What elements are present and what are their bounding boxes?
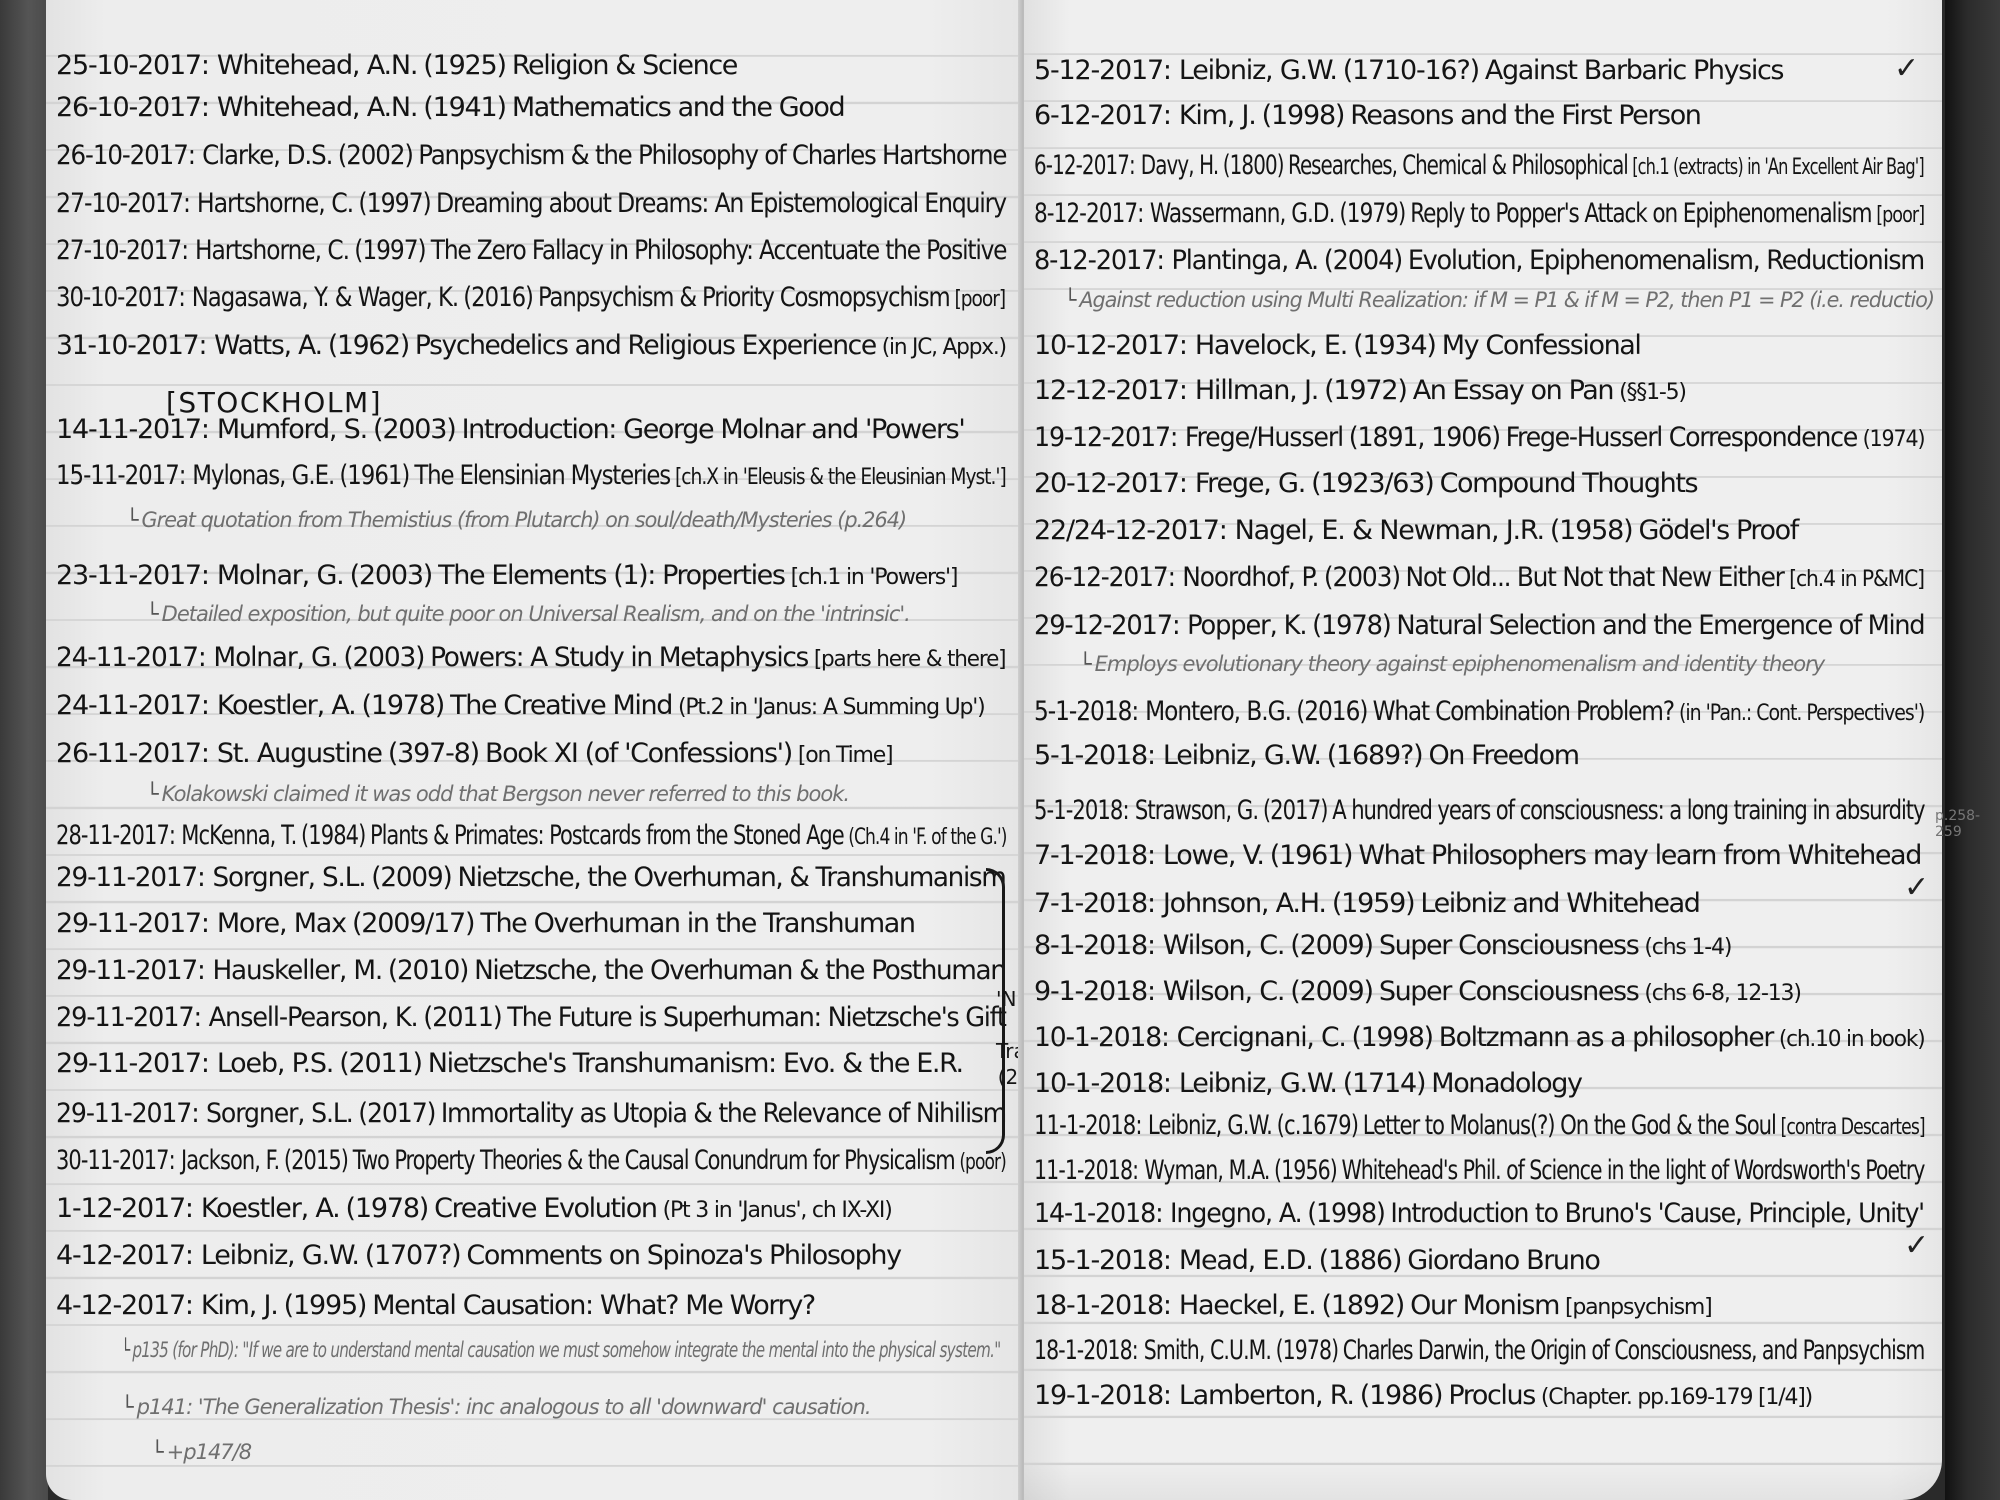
reading-entry: 29-11-2017:Sorgner, S.L.(2017)Immortalit… <box>56 1098 1006 1129</box>
entry-year: (1961) <box>339 460 409 491</box>
reading-entry: 6-12-2017:Davy, H.(1800)Researches, Chem… <box>1034 150 1924 181</box>
entry-year: (1997) <box>358 188 430 219</box>
entry-author: Montero, B.G. <box>1145 696 1291 727</box>
reading-entry: 10-12-2017:Havelock, E.(1934)My Confessi… <box>1034 330 1641 361</box>
reading-entry: 4-12-2017:Kim, J.(1995)Mental Causation:… <box>56 1290 815 1321</box>
entry-year: (2003) <box>350 560 433 591</box>
entry-date: 26-11-2017: <box>56 738 209 769</box>
entry-date: 26-12-2017: <box>1034 562 1175 593</box>
reading-entry: 5-1-2018:Montero, B.G.(2016)What Combina… <box>1034 696 1924 727</box>
check-mark-icon: ✓ <box>1894 51 1919 86</box>
entry-author: Smith, C.U.M. <box>1144 1335 1271 1366</box>
reading-entry: 29-11-2017:Sorgner, S.L.(2009)Nietzsche,… <box>56 862 1005 893</box>
reading-entry: 8-1-2018:Wilson, C.(2009)Super Conscious… <box>1034 930 1731 961</box>
entry-title: My Confessional <box>1442 330 1641 361</box>
reading-entry: 5-12-2017:Leibniz, G.W.(1710-16?)Against… <box>1034 55 1783 86</box>
reading-entry: 29-12-2017:Popper, K.(1978)Natural Selec… <box>1034 610 1924 641</box>
reading-entry: 26-12-2017:Noordhof, P.(2003)Not Old... … <box>1034 562 1924 593</box>
entry-year: (c.1679) <box>1277 1110 1358 1141</box>
entry-author: Leibniz, G.W. <box>201 1240 359 1271</box>
entry-year: (1984) <box>301 820 365 851</box>
entry-date: 23-11-2017: <box>56 560 209 591</box>
entry-date: 15-11-2017: <box>56 460 185 491</box>
annotation-text: Kolakowski claimed it was odd that Bergs… <box>162 782 849 806</box>
reading-entry: 29-11-2017:Loeb, P.S.(2011)Nietzsche's T… <box>56 1048 963 1079</box>
entry-year: (1961) <box>1270 840 1353 871</box>
entry-title: The Creative Mind <box>450 690 672 721</box>
entry-year: (1892) <box>1322 1290 1405 1321</box>
reading-entry: 24-11-2017:Koestler, A.(1978)The Creativ… <box>56 690 985 721</box>
entry-author: Hartshorne, C. <box>197 188 353 219</box>
reading-entry: 5-1-2018:Leibniz, G.W.(1689?)On Freedom <box>1034 740 1579 771</box>
entry-title: Introduction to Bruno's 'Cause, Principl… <box>1390 1198 1923 1229</box>
entry-author: Frege/Husserl <box>1185 422 1343 453</box>
entry-date: 26-10-2017: <box>56 140 195 171</box>
entry-extra: (Chapter. pp.169-179 [1/4]) <box>1541 1385 1812 1410</box>
corner-arrow-icon: └ <box>121 1338 129 1362</box>
entry-author: Hillman, J. <box>1195 375 1318 406</box>
entry-title: Plants & Primates: Postcards from the St… <box>370 820 843 851</box>
entry-year: (1995) <box>284 1290 367 1321</box>
desk-surface-left <box>0 0 48 1500</box>
entry-extra: (in 'Pan.: Cont. Perspectives') <box>1679 701 1924 726</box>
entry-year: (1714) <box>1343 1068 1426 1099</box>
reading-entry: 9-1-2018:Wilson, C.(2009)Super Conscious… <box>1034 976 1801 1007</box>
entry-title: Gödel's Proof <box>1638 515 1797 546</box>
entry-date: 29-11-2017: <box>56 862 205 893</box>
entry-author: Jackson, F. <box>181 1145 279 1176</box>
entry-author: Lamberton, R. <box>1179 1380 1354 1411</box>
entry-title: Boltzmann as a philosopher <box>1439 1022 1773 1053</box>
entry-title: Monadology <box>1431 1068 1581 1099</box>
corner-arrow-icon: └ <box>1064 288 1075 312</box>
reading-entry: 8-12-2017:Plantinga, A.(2004)Evolution, … <box>1034 245 1924 276</box>
entry-year: (1941) <box>423 92 506 123</box>
entry-title: What Philosophers may learn from Whitehe… <box>1358 840 1921 871</box>
entry-year: (1997) <box>354 235 425 266</box>
entry-year: (1934) <box>1353 330 1436 361</box>
entry-title: Introduction: George Molnar and 'Powers' <box>462 414 965 445</box>
reading-entry: 29-11-2017:More, Max(2009/17)The Overhum… <box>56 908 915 939</box>
annotation-text: +p147/8 <box>167 1440 251 1464</box>
entry-year: (2017) <box>358 1098 435 1129</box>
entry-date: 28-11-2017: <box>56 820 175 851</box>
entry-author: Sorgner, S.L. <box>206 1098 353 1129</box>
entry-date: 9-1-2018: <box>1034 976 1155 1007</box>
entry-date: 12-12-2017: <box>1034 375 1187 406</box>
entry-author: Plantinga, A. <box>1171 245 1318 276</box>
reading-entry: 18-1-2018:Smith, C.U.M.(1978)Charles Dar… <box>1034 1335 1924 1366</box>
entry-title: Leibniz and Whitehead <box>1420 888 1699 919</box>
entry-date: 6-12-2017: <box>1034 100 1171 131</box>
entry-extra: [ch.1 (extracts) in 'An Excellent Air Ba… <box>1632 155 1924 180</box>
entry-author: Clarke, D.S. <box>202 140 332 171</box>
entry-title: The Overhuman in the Transhuman <box>480 908 914 939</box>
entry-author: Lowe, V. <box>1163 840 1264 871</box>
entry-author: Molnar, G. <box>213 642 337 673</box>
entry-year: (2009) <box>1290 930 1373 961</box>
entry-author: Kim, J. <box>201 1290 278 1321</box>
entry-author: Wilson, C. <box>1163 930 1284 961</box>
entry-year: (1958) <box>1550 515 1633 546</box>
reading-entry: 5-1-2018:Strawson, G.(2017)A hundred yea… <box>1034 795 1924 826</box>
reading-entry: 27-10-2017:Hartshorne, C.(1997)Dreaming … <box>56 188 1006 219</box>
entry-title: Giordano Bruno <box>1407 1245 1599 1276</box>
entry-title: Psychedelics and Religious Experience <box>415 330 876 361</box>
entry-author: Whitehead, A.N. <box>217 50 417 81</box>
entry-author: Cercignani, C. <box>1177 1022 1346 1053</box>
entry-year: (1979) <box>1339 198 1405 229</box>
entry-extra: (§§1-5) <box>1619 380 1686 405</box>
entry-title: The Future is Superhuman: Nietzsche's Gi… <box>507 1002 1005 1033</box>
corner-arrow-icon: └ <box>1079 652 1091 676</box>
entry-author: Kim, J. <box>1179 100 1256 131</box>
entry-date: 19-1-2018: <box>1034 1380 1171 1411</box>
entry-title: Proclus <box>1448 1380 1535 1411</box>
entry-author: Sorgner, S.L. <box>212 862 365 893</box>
entry-title: Not Old... But Not that New Either <box>1406 562 1784 593</box>
entry-date: 7-1-2018: <box>1034 888 1155 919</box>
entry-year: (2011) <box>423 1002 501 1033</box>
annotation-note: └Against reduction using Multi Realizati… <box>1064 288 1934 312</box>
reading-entry: 15-1-2018:Mead, E.D.(1886)Giordano Bruno <box>1034 1245 1599 1276</box>
entry-author: Frege, G. <box>1195 468 1305 499</box>
corner-arrow-icon: └ <box>146 782 158 806</box>
entry-year: (2017) <box>1263 795 1328 826</box>
entry-date: 29-11-2017: <box>56 908 209 939</box>
entry-author: Koestler, A. <box>217 690 356 721</box>
entry-extra: [ch.4 in P&MC] <box>1789 567 1924 592</box>
entry-author: Molnar, G. <box>217 560 344 591</box>
entry-date: 29-11-2017: <box>56 1098 199 1129</box>
entry-author: Nagasawa, Y. & Wager, K. <box>192 282 458 313</box>
entry-date: 8-1-2018: <box>1034 930 1155 961</box>
entry-title: Two Property Theories & the Causal Conun… <box>353 1145 955 1176</box>
entry-extra: [poor] <box>955 287 1006 312</box>
entry-title: Letter to Molanus(?) On the God & the So… <box>1363 1110 1776 1141</box>
margin-page-note: p.258-259 <box>1935 808 1975 840</box>
annotation-note: └p135 (for PhD): "If we are to understan… <box>121 1338 1000 1362</box>
entry-title: Frege-Husserl Correspondence <box>1506 422 1857 453</box>
entry-year: (1923/63) <box>1311 468 1433 499</box>
entry-title: Panpsychism & the Philosophy of Charles … <box>418 140 1006 171</box>
reading-entry: 26-11-2017:St. Augustine(397-8)Book XI (… <box>56 738 892 769</box>
entry-extra: (chs 6-8, 12-13) <box>1644 981 1800 1006</box>
entry-date: 29-11-2017: <box>56 955 205 986</box>
notebook-left-page: 25-10-2017:Whitehead, A.N.(1925)Religion… <box>46 0 1026 1500</box>
entry-title: Super Consciousness <box>1379 976 1639 1007</box>
entry-extra: [panpsychism] <box>1565 1295 1711 1320</box>
entry-author: More, Max <box>217 908 346 939</box>
entry-year: (1956) <box>1274 1155 1337 1186</box>
annotation-note: └Great quotation from Themistius (from P… <box>126 508 906 532</box>
notebook-right-page: 5-12-2017:Leibniz, G.W.(1710-16?)Against… <box>1024 0 1942 1500</box>
check-mark-icon: ✓ <box>1904 870 1929 905</box>
entry-author: Nagel, E. & Newman, J.R. <box>1235 515 1544 546</box>
annotation-text: Detailed exposition, but quite poor on U… <box>162 602 910 626</box>
entry-author: McKenna, T. <box>181 820 296 851</box>
entry-title: Dreaming about Dreams: An Epistemologica… <box>436 188 1006 219</box>
entry-year: (1978) <box>346 1193 429 1224</box>
entry-title: Our Monism <box>1410 1290 1559 1321</box>
entry-date: 20-12-2017: <box>1034 468 1187 499</box>
entry-author: Mead, E.D. <box>1179 1245 1313 1276</box>
entry-author: Hartshorne, C. <box>195 235 349 266</box>
entry-year: (2004) <box>1324 245 1402 276</box>
reading-entry: 19-12-2017:Frege/Husserl(1891, 1906)Freg… <box>1034 422 1924 453</box>
reading-entry: 11-1-2018:Leibniz, G.W.(c.1679)Letter to… <box>1034 1110 1925 1141</box>
entry-author: Hauskeller, M. <box>212 955 382 986</box>
entry-year: (1978) <box>362 690 445 721</box>
reading-entry: 14-1-2018:Ingegno, A.(1998)Introduction … <box>1034 1198 1924 1229</box>
entry-year: (1891, 1906) <box>1349 422 1500 453</box>
entry-date: 24-11-2017: <box>56 642 206 673</box>
entry-extra: [ch.X in 'Eleusis & the Eleusinian Myst.… <box>675 465 1006 490</box>
entry-title: Comments on Spinoza's Philosophy <box>466 1240 900 1271</box>
corner-arrow-icon: └ <box>126 508 138 532</box>
entry-extra: (ch.10 in book) <box>1779 1027 1925 1052</box>
entry-extra: (poor) <box>959 1150 1006 1175</box>
entry-year: (2009/17) <box>352 908 474 939</box>
entry-date: 24-11-2017: <box>56 690 209 721</box>
entry-date: 10-12-2017: <box>1034 330 1187 361</box>
entry-year: (1710-16?) <box>1343 55 1479 86</box>
reading-entry: 10-1-2018:Leibniz, G.W.(1714)Monadology <box>1034 1068 1582 1099</box>
entry-author: Ansell-Pearson, K. <box>209 1002 418 1033</box>
corner-arrow-icon: └ <box>151 1440 163 1464</box>
entry-title: Against Barbaric Physics <box>1485 55 1783 86</box>
entry-title: On Freedom <box>1428 740 1578 771</box>
annotation-text: Against reduction using Multi Realizatio… <box>1079 288 1934 312</box>
entry-extra: [contra Descartes] <box>1781 1115 1925 1140</box>
entry-year: (1998) <box>1262 100 1345 131</box>
entry-author: Leibniz, G.W. <box>1179 1068 1337 1099</box>
entry-author: Loeb, P.S. <box>217 1048 333 1079</box>
entry-year: (1986) <box>1360 1380 1443 1411</box>
annotation-note: └p141: 'The Generalization Thesis': inc … <box>121 1395 871 1419</box>
entry-year: (2010) <box>388 955 468 986</box>
reading-entry: 22/24-12-2017:Nagel, E. & Newman, J.R.(1… <box>1034 515 1798 546</box>
entry-title: The Elements (1): Properties <box>438 560 784 591</box>
annotation-note: └Employs evolutionary theory against epi… <box>1079 652 1824 676</box>
entry-year: (1978) <box>1276 1335 1339 1366</box>
entry-title: Mathematics and the Good <box>512 92 844 123</box>
entry-year: (1886) <box>1319 1245 1402 1276</box>
entry-date: 19-12-2017: <box>1034 422 1177 453</box>
entry-title: What Combination Problem? <box>1373 696 1674 727</box>
reading-entry: 7-1-2018:Johnson, A.H.(1959)Leibniz and … <box>1034 888 1700 919</box>
entry-title: Nietzsche, the Overhuman, & Transhumanis… <box>457 862 1005 893</box>
entry-year: (2011) <box>339 1048 422 1079</box>
entry-date: 5-1-2018: <box>1034 795 1129 826</box>
entry-title: Reply to Popper's Attack on Epiphenomena… <box>1410 198 1871 229</box>
entry-date: 29-11-2017: <box>56 1002 201 1033</box>
entry-year: (1959) <box>1332 888 1415 919</box>
entry-date: 31-10-2017: <box>56 330 206 361</box>
entry-title: Immortality as Utopia & the Relevance of… <box>441 1098 1006 1129</box>
reading-entry: 30-10-2017:Nagasawa, Y. & Wager, K.(2016… <box>56 282 1005 313</box>
entry-date: 25-10-2017: <box>56 50 209 81</box>
entry-year: (1707?) <box>365 1240 461 1271</box>
reading-entry: 23-11-2017:Molnar, G.(2003)The Elements … <box>56 560 957 591</box>
entry-extra: [on Time] <box>798 743 893 768</box>
entry-author: St. Augustine <box>217 738 382 769</box>
entry-date: 18-1-2018: <box>1034 1335 1138 1366</box>
entry-author: Leibniz, G.W. <box>1163 740 1321 771</box>
entry-extra: (Pt.2 in 'Janus: A Summing Up') <box>678 695 985 720</box>
entry-author: Davy, H. <box>1141 150 1219 181</box>
entry-author: Popper, K. <box>1187 610 1306 641</box>
entry-title: Whitehead's Phil. of Science in the ligh… <box>1341 1155 1924 1186</box>
entry-date: 30-11-2017: <box>56 1145 175 1176</box>
entry-date: 7-1-2018: <box>1034 840 1155 871</box>
reading-entry: 29-11-2017:Ansell-Pearson, K.(2011)The F… <box>56 1002 1006 1033</box>
entry-author: Whitehead, A.N. <box>217 92 417 123</box>
entry-date: 8-12-2017: <box>1034 245 1164 276</box>
annotation-text: p141: 'The Generalization Thesis': inc a… <box>137 1395 871 1419</box>
annotation-note: └Kolakowski claimed it was odd that Berg… <box>146 782 849 806</box>
entry-date: 4-12-2017: <box>56 1290 193 1321</box>
entry-extra: (in JC, Appx.) <box>882 335 1006 360</box>
entry-extra: (Pt 3 in 'Janus', ch IX-XI) <box>663 1198 892 1223</box>
entry-year: (397-8) <box>388 738 479 769</box>
entry-author: Johnson, A.H. <box>1163 888 1326 919</box>
entry-author: Koestler, A. <box>201 1193 340 1224</box>
reading-entry: 1-12-2017:Koestler, A.(1978)Creative Evo… <box>56 1193 892 1224</box>
corner-arrow-icon: └ <box>121 1395 133 1419</box>
entry-title: Book XI (of 'Confessions') <box>485 738 792 769</box>
entry-date: 6-12-2017: <box>1034 150 1135 181</box>
entry-date: 27-10-2017: <box>56 188 190 219</box>
section-heading-stockholm: [STOCKHOLM] <box>166 386 382 419</box>
entry-title: The Elensinian Mysteries <box>414 460 670 491</box>
entry-date: 15-1-2018: <box>1034 1245 1171 1276</box>
entry-title: Nietzsche, the Overhuman & the Posthuman <box>474 955 1005 986</box>
entry-date: 29-12-2017: <box>1034 610 1179 641</box>
entry-date: 22/24-12-2017: <box>1034 515 1227 546</box>
entry-date: 5-1-2018: <box>1034 740 1155 771</box>
entry-year: (1925) <box>423 50 506 81</box>
entry-title: A hundred years of consciousness: a long… <box>1332 795 1924 826</box>
reading-entry: 24-11-2017:Molnar, G.(2003)Powers: A Stu… <box>56 642 1005 673</box>
reading-entry: 7-1-2018:Lowe, V.(1961)What Philosophers… <box>1034 840 1921 871</box>
entry-date: 26-10-2017: <box>56 92 209 123</box>
reading-entry: 12-12-2017:Hillman, J.(1972)An Essay on … <box>1034 375 1686 406</box>
reading-entry: 29-11-2017:Hauskeller, M.(2010)Nietzsche… <box>56 955 1006 986</box>
entry-year: (1689?) <box>1327 740 1423 771</box>
entry-year: (2009) <box>371 862 451 893</box>
entry-author: Noordhof, P. <box>1182 562 1318 593</box>
entry-title: Compound Thoughts <box>1440 468 1698 499</box>
entry-title: Mental Causation: What? Me Worry? <box>372 1290 815 1321</box>
corner-arrow-icon: └ <box>146 602 158 626</box>
entry-year: (1962) <box>328 330 409 361</box>
entry-date: 11-1-2018: <box>1034 1155 1138 1186</box>
entry-title: Natural Selection and the Emergence of M… <box>1396 610 1924 641</box>
entry-title: The Zero Fallacy in Philosophy: Accentua… <box>431 235 1007 266</box>
entry-year: (1800) <box>1223 150 1284 181</box>
reading-entry: 27-10-2017:Hartshorne, C.(1997)The Zero … <box>56 235 1006 266</box>
reading-entry: 11-1-2018:Wyman, M.A.(1956)Whitehead's P… <box>1034 1155 1924 1186</box>
reading-entry: 26-10-2017:Clarke, D.S.(2002)Panpsychism… <box>56 140 1006 171</box>
annotation-text: p135 (for PhD): "If we are to understand… <box>132 1338 1000 1362</box>
entry-extra: [parts here & there] <box>814 647 1006 672</box>
entry-title: Panpsychism & Priority Cosmopsychism <box>538 282 949 313</box>
entry-year: (1998) <box>1352 1022 1433 1053</box>
desk-surface-right <box>1945 0 2000 1500</box>
reading-entry: 19-1-2018:Lamberton, R.(1986)Proclus(Cha… <box>1034 1380 1812 1411</box>
entry-author: Wassermann, G.D. <box>1150 198 1335 229</box>
entry-author: Wyman, M.A. <box>1144 1155 1269 1186</box>
entry-extra: (1974) <box>1863 427 1925 452</box>
reading-entry: 28-11-2017:McKenna, T.(1984)Plants & Pri… <box>56 820 1007 851</box>
entry-year: (2016) <box>1296 696 1367 727</box>
entry-date: 14-1-2018: <box>1034 1198 1162 1229</box>
entry-author: Mylonas, G.E. <box>192 460 334 491</box>
entry-date: 4-12-2017: <box>56 1240 193 1271</box>
entry-date: 29-11-2017: <box>56 1048 209 1079</box>
entry-title: Researches, Chemical & Philosophical <box>1288 150 1628 181</box>
entry-author: Wilson, C. <box>1163 976 1284 1007</box>
entry-date: 5-12-2017: <box>1034 55 1171 86</box>
annotation-text: Employs evolutionary theory against epip… <box>1095 652 1825 676</box>
reading-entry: 31-10-2017:Watts, A.(1962)Psychedelics a… <box>56 330 1006 361</box>
entry-date: 8-12-2017: <box>1034 198 1143 229</box>
entry-date: 11-1-2018: <box>1034 1110 1142 1141</box>
entry-year: (1998) <box>1307 1198 1385 1229</box>
entry-author: Watts, A. <box>214 330 322 361</box>
entry-author: Haeckel, E. <box>1179 1290 1316 1321</box>
annotation-text: Great quotation from Themistius (from Pl… <box>142 508 907 532</box>
reading-entry: 20-12-2017:Frege, G.(1923/63)Compound Th… <box>1034 468 1697 499</box>
entry-year: (2003) <box>343 642 424 673</box>
entry-date: 1-12-2017: <box>56 1193 193 1224</box>
entry-year: (2002) <box>338 140 413 171</box>
entry-title: Creative Evolution <box>434 1193 656 1224</box>
annotation-note: └+p147/8 <box>151 1440 251 1464</box>
entry-year: (2015) <box>284 1145 348 1176</box>
entry-year: (2003) <box>373 414 456 445</box>
entry-year: (2009) <box>1290 976 1373 1007</box>
reading-entry: 25-10-2017:Whitehead, A.N.(1925)Religion… <box>56 50 737 81</box>
entry-title: An Essay on Pan <box>1413 375 1613 406</box>
entry-author: Ingegno, A. <box>1170 1198 1302 1229</box>
entry-title: Nietzsche's Transhumanism: Evo. & the E.… <box>428 1048 963 1079</box>
entry-year: (1978) <box>1312 610 1391 641</box>
entry-date: 27-10-2017: <box>56 235 188 266</box>
entry-extra: (chs 1-4) <box>1644 935 1731 960</box>
entry-extra: [poor] <box>1876 203 1924 228</box>
entry-extra: (Ch.4 in 'F. of the G.') <box>848 825 1006 850</box>
entry-author: Havelock, E. <box>1195 330 1347 361</box>
reading-entry: 30-11-2017:Jackson, F.(2015)Two Property… <box>56 1145 1006 1176</box>
entry-author: Leibniz, G.W. <box>1148 1110 1272 1141</box>
entry-title: Evolution, Epiphenomenalism, Reductionis… <box>1408 245 1924 276</box>
entry-author: Strawson, G. <box>1135 795 1258 826</box>
entry-date: 18-1-2018: <box>1034 1290 1171 1321</box>
entry-date: 30-10-2017: <box>56 282 185 313</box>
reading-entry: 18-1-2018:Haeckel, E.(1892)Our Monism[pa… <box>1034 1290 1711 1321</box>
annotation-note: └Detailed exposition, but quite poor on … <box>146 602 910 626</box>
entry-title: Powers: A Study in Metaphysics <box>430 642 808 673</box>
entry-author: Leibniz, G.W. <box>1179 55 1337 86</box>
entry-date: 10-1-2018: <box>1034 1068 1171 1099</box>
entry-year: (1972) <box>1324 375 1407 406</box>
entry-title: Reasons and the First Person <box>1350 100 1700 131</box>
reading-entry: 15-11-2017:Mylonas, G.E.(1961)The Elensi… <box>56 460 1006 491</box>
entry-extra: [ch.1 in 'Powers'] <box>791 565 958 590</box>
entry-title: Super Consciousness <box>1379 930 1639 961</box>
